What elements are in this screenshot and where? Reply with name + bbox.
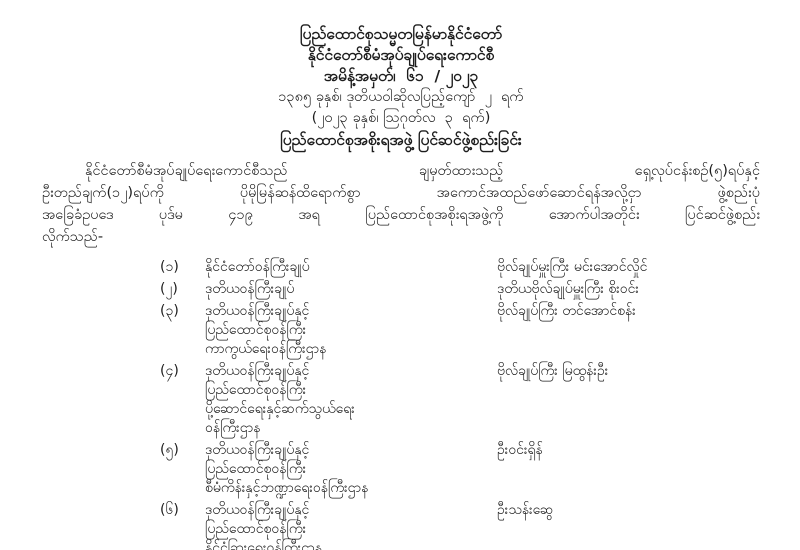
council-name: နိုင်ငံတော်စီမံအုပ်ချုပ်ရေးကောင်စီ [42, 45, 760, 66]
position-line: ပို့ဆောင်ရေးနှင့်ဆက်သွယ်ရေး [205, 400, 497, 419]
position-line: ပြည်ထောင်စုဝန်ကြီး [205, 460, 497, 479]
position-line: နိုင်ငံခြားရေးဝန်ကြီးဌာန [205, 539, 497, 550]
position-title: ဒုတိယဝန်ကြီးချုပ်နှင့် ပြည်ထောင်စုဝန်ကြီ… [205, 501, 497, 550]
position-line: ဝန်ကြီးဌာန [205, 419, 497, 438]
position-title: နိုင်ငံတော်ဝန်ကြီးချုပ် [205, 258, 497, 277]
list-item: (၂) ဒုတိယဝန်ကြီးချုပ် ဒုတိယဗိုလ်ချုပ်မှူ… [42, 280, 760, 299]
body-paragraph: နိုင်ငံတော်စီမံအုပ်ချုပ်ရေးကောင်စီသည် ချ… [42, 160, 760, 248]
subject-title: ပြည်ထောင်စုအစိုးရအဖွဲ့ ပြင်ဆင်ဖွဲ့စည်းခြ… [42, 130, 760, 151]
item-number: (၂) [160, 280, 205, 299]
position-line: နိုင်ငံတော်ဝန်ကြီးချုပ် [205, 258, 497, 277]
item-number: (၁) [160, 258, 205, 277]
item-number: (၄) [160, 362, 205, 438]
position-line: ကာကွယ်ရေးဝန်ကြီးဌာန [205, 340, 497, 359]
position-line: ဒုတိယဝန်ကြီးချုပ်နှင့် [205, 362, 497, 381]
position-line: စီမံကိန်းနှင့်ဘဏ္ဍာရေးဝန်ကြီးဌာန [205, 479, 497, 498]
list-item: (၄) ဒုတိယဝန်ကြီးချုပ်နှင့် ပြည်ထောင်စုဝန… [42, 362, 760, 438]
position-line: ဒုတိယဝန်ကြီးချုပ်နှင့် [205, 302, 497, 321]
paragraph-line-2: ဦးတည်ချက်(၁၂)ရပ်ကို ပိုမိုမြန်ဆန်ထိရောက်… [42, 182, 760, 204]
position-line: ဒုတိယဝန်ကြီးချုပ်နှင့် [205, 501, 497, 520]
date-myanmar-calendar: ၁၃၈၅ ခုနှစ်၊ ဒုတိယဝါဆိုလပြည့်ကျော် ၂ ရက် [42, 87, 760, 108]
minister-name: ဦးသန်းဆွေ [497, 501, 760, 520]
appointment-list: (၁) နိုင်ငံတော်ဝန်ကြီးချုပ် ဗိုလ်ချုပ်မှ… [42, 258, 760, 550]
position-line: ပြည်ထောင်စုဝန်ကြီး [205, 520, 497, 539]
position-title: ဒုတိယဝန်ကြီးချုပ်နှင့် ပြည်ထောင်စုဝန်ကြီ… [205, 302, 497, 359]
minister-name: ဗိုလ်ချုပ်မှူးကြီး မင်းအောင်လှိုင် [497, 258, 760, 277]
minister-name: ဦးဝင်းရှိန် [497, 441, 760, 460]
list-item: (၃) ဒုတိယဝန်ကြီးချုပ်နှင့် ပြည်ထောင်စုဝန… [42, 302, 760, 359]
list-item: (၆) ဒုတိယဝန်ကြီးချုပ်နှင့် ပြည်ထောင်စုဝန… [42, 501, 760, 550]
list-item: (၅) ဒုတိယဝန်ကြီးချုပ်နှင့် ပြည်ထောင်စုဝန… [42, 441, 760, 498]
position-title: ဒုတိယဝန်ကြီးချုပ်နှင့် ပြည်ထောင်စုဝန်ကြီ… [205, 362, 497, 438]
minister-name: ဒုတိယဗိုလ်ချုပ်မှူးကြီး စိုးဝင်း [497, 280, 760, 299]
position-line: ပြည်ထောင်စုဝန်ကြီး [205, 321, 497, 340]
country-name: ပြည်ထောင်စုသမ္မတမြန်မာနိုင်ငံတော် [42, 24, 760, 45]
item-number: (၅) [160, 441, 205, 498]
paragraph-line-3: အခြေခံဥပဒေ ပုဒ်မ ၄၁၉ အရ ပြည်ထောင်စုအစိုး… [42, 204, 760, 226]
order-document: ပြည်ထောင်စုသမ္မတမြန်မာနိုင်ငံတော် နိုင်င… [0, 0, 800, 550]
item-number: (၆) [160, 501, 205, 550]
position-title: ဒုတိယဝန်ကြီးချုပ် [205, 280, 497, 299]
order-number: အမိန့်အမှတ်၊ ၆၁ / ၂၀၂၃ [42, 66, 760, 87]
position-line: ဒုတိယဝန်ကြီးချုပ်နှင့် [205, 441, 497, 460]
paragraph-line-1: နိုင်ငံတော်စီမံအုပ်ချုပ်ရေးကောင်စီသည် ချ… [42, 160, 760, 182]
list-item: (၁) နိုင်ငံတော်ဝန်ကြီးချုပ် ဗိုလ်ချုပ်မှ… [42, 258, 760, 277]
item-number: (၃) [160, 302, 205, 359]
minister-name: ဗိုလ်ချုပ်ကြီး တင်အောင်စန်း [497, 302, 760, 321]
position-line: ဒုတိယဝန်ကြီးချုပ် [205, 280, 497, 299]
position-title: ဒုတိယဝန်ကြီးချုပ်နှင့် ပြည်ထောင်စုဝန်ကြီ… [205, 441, 497, 498]
document-header: ပြည်ထောင်စုသမ္မတမြန်မာနိုင်ငံတော် နိုင်င… [42, 24, 760, 151]
position-line: ပြည်ထောင်စုဝန်ကြီး [205, 381, 497, 400]
minister-name: ဗိုလ်ချုပ်ကြီး မြထွန်းဦး [497, 362, 760, 381]
paragraph-line-4: လိုက်သည်- [42, 226, 760, 248]
date-gregorian: (၂၀၂၃ ခုနှစ်၊ ဩဂုတ်လ ၃ ရက်) [42, 108, 760, 129]
